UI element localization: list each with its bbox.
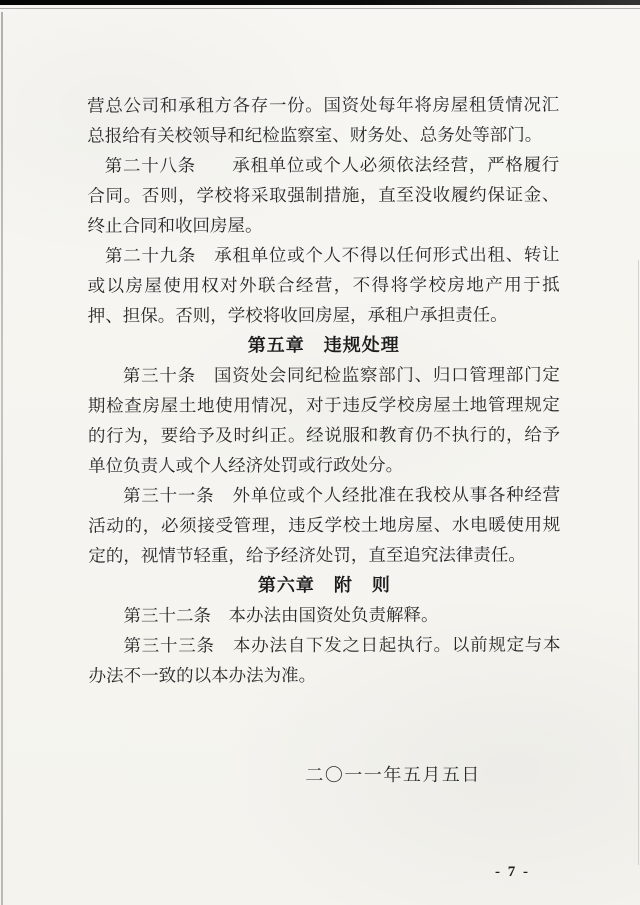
paragraph: 第二十九条 承租单位或个人不得以任何形式出租、转让或以房屋使用权对外联合经营，不… [87, 239, 559, 330]
document-body: 营总公司和承租方各存一份。国资处每年将房屋租赁情况汇总报给有关校领导和纪检监察室… [87, 89, 561, 790]
scan-edge-top-line [0, 8, 640, 9]
scanned-page: 营总公司和承租方各存一份。国资处每年将房屋租赁情况汇总报给有关校领导和纪检监察室… [0, 0, 640, 905]
paragraph: 第三十条 国资处会同纪检监察部门、归口管理部门定期检查房屋土地使用情况，对于违反… [88, 359, 560, 480]
paragraph: 第三十二条 本办法由国资处负责解释。 [88, 599, 560, 630]
scan-edge-top [0, 0, 640, 5]
page-number: - 7 - [495, 864, 530, 881]
paragraph: 第三十三条 本办法自下发之日起执行。以前规定与本办法不一致的以本办法为准。 [88, 629, 560, 690]
paragraph: 第二十八条 承租单位或个人必须依法经营，严格履行合同。否则，学校将采取强制措施，… [87, 149, 559, 240]
document-date: 二〇一一年五月五日 [89, 759, 561, 790]
paragraph: 第三十一条 外单位或个人经批准在我校从事各种经营活动的，必须接受管理，违反学校土… [88, 479, 560, 570]
chapter-heading: 第六章 附 则 [88, 569, 560, 600]
document-blocks: 营总公司和承租方各存一份。国资处每年将房屋租赁情况汇总报给有关校领导和纪检监察室… [87, 89, 561, 690]
scan-edge-right [638, 260, 639, 865]
paragraph: 营总公司和承租方各存一份。国资处每年将房屋租赁情况汇总报给有关校领导和纪检监察室… [87, 89, 559, 150]
scan-edge-left [1, 12, 3, 905]
chapter-heading: 第五章 违规处理 [88, 329, 560, 360]
